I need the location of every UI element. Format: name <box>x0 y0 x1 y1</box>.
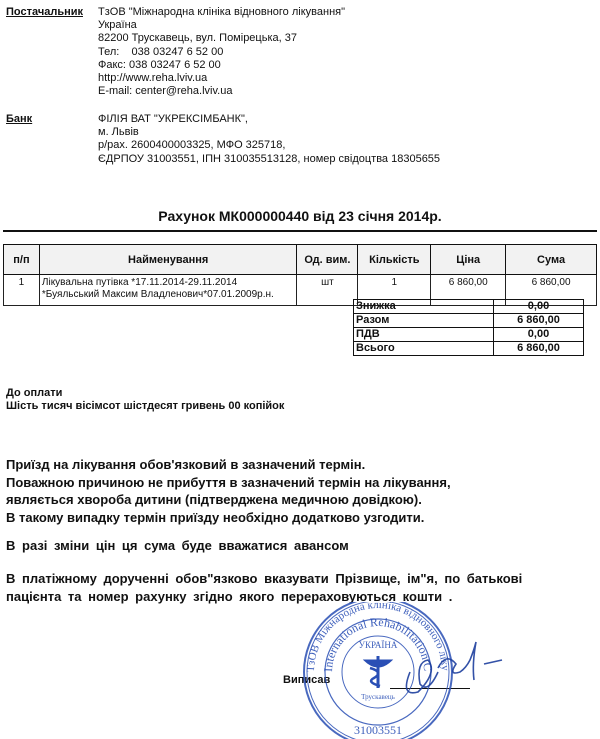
col-header-sum: Сума <box>506 245 597 275</box>
row-name-line2: *Буяльський Максим Владленович*07.01.200… <box>42 289 295 301</box>
total-label: Всього <box>354 342 494 356</box>
table-header-row: п/п Найменування Од. вим. Кількість Ціна… <box>4 245 597 275</box>
notes-block: Приїзд на лікування обов'язковий в зазна… <box>6 456 451 526</box>
total-row-grand: Всього 6 860,00 <box>354 342 584 356</box>
note-line: Приїзд на лікування обов'язковий в зазна… <box>6 456 451 474</box>
supplier-name: ТзОВ "Міжнародна клініка відновного ліку… <box>98 6 345 19</box>
totals-table: Знижка 0,00 Разом 6 860,00 ПДВ 0,00 Всьо… <box>353 299 584 356</box>
payment-block: До оплати Шість тисяч вісімсот шістдесят… <box>6 387 284 413</box>
title-divider <box>3 230 597 232</box>
supplier-info: ТзОВ "Міжнародна клініка відновного ліку… <box>98 6 345 98</box>
bank-codes: ЄДРПОУ 31003551, ІПН 310035513128, номер… <box>98 153 440 166</box>
payment-label: До оплати <box>6 387 284 400</box>
bank-account: р/рах. 2600400003325, МФО 325718, <box>98 139 440 152</box>
total-label: Разом <box>354 314 494 328</box>
total-label: Знижка <box>354 300 494 314</box>
col-header-price: Ціна <box>431 245 506 275</box>
note-line: являється хвороба дитини (підтверджена м… <box>6 491 451 509</box>
total-value: 0,00 <box>494 328 584 342</box>
caduceus-icon <box>364 656 392 688</box>
col-header-qty: Кількість <box>358 245 431 275</box>
stamp-city: Трускавець <box>361 693 395 701</box>
stamp-country: УКРАЇНА <box>359 640 398 650</box>
col-header-num: п/п <box>4 245 40 275</box>
supplier-fax: Факс: 038 03247 6 52 00 <box>98 59 345 72</box>
bank-name: ФІЛІЯ ВАТ "УКРЕКСІМБАНК", <box>98 113 440 126</box>
row-name: Лікувальна путівка *17.11.2014-29.11.201… <box>39 275 297 306</box>
supplier-email: E-mail: center@reha.lviv.ua <box>98 85 345 98</box>
company-stamp: ТзОВ Міжнародна клініка відновного лікув… <box>288 602 538 739</box>
note-payment: В платіжному дорученні обов"язково вказу… <box>6 570 522 606</box>
total-row-discount: Знижка 0,00 <box>354 300 584 314</box>
total-row-subtotal: Разом 6 860,00 <box>354 314 584 328</box>
supplier-country: Україна <box>98 19 345 32</box>
col-header-unit: Од. вим. <box>297 245 358 275</box>
row-unit: шт <box>297 275 358 306</box>
supplier-phone: Тел: 038 03247 6 52 00 <box>98 46 345 59</box>
note-line: В такому випадку термін приїзду необхідн… <box>6 509 451 527</box>
row-name-line1: Лікувальна путівка *17.11.2014-29.11.201… <box>42 277 295 289</box>
note-line: Поважною причиною не прибуття в зазначен… <box>6 474 451 492</box>
supplier-address: 82200 Трускавець, вул. Помірецька, 37 <box>98 32 345 45</box>
total-value: 6 860,00 <box>494 314 584 328</box>
invoice-table: п/п Найменування Од. вим. Кількість Ціна… <box>3 244 597 306</box>
supplier-label: Постачальник <box>6 6 83 18</box>
payment-amount-words: Шість тисяч вісімсот шістдесят гривень 0… <box>6 400 284 413</box>
total-row-vat: ПДВ 0,00 <box>354 328 584 342</box>
note-line: В платіжному дорученні обов"язково вказу… <box>6 570 522 588</box>
total-label: ПДВ <box>354 328 494 342</box>
row-num: 1 <box>4 275 40 306</box>
bank-info: ФІЛІЯ ВАТ "УКРЕКСІМБАНК", м. Львів р/рах… <box>98 113 440 166</box>
invoice-title: Рахунок МК000000440 від 23 січня 2014р. <box>0 208 600 224</box>
supplier-website: http://www.reha.lviv.ua <box>98 72 345 85</box>
bank-city: м. Львів <box>98 126 440 139</box>
total-value: 6 860,00 <box>494 342 584 356</box>
note-advance: В разі зміни цін ця сума буде вважатися … <box>6 538 349 553</box>
total-value: 0,00 <box>494 300 584 314</box>
stamp-code: 31003551 <box>354 723 402 737</box>
bank-label: Банк <box>6 113 32 125</box>
col-header-name: Найменування <box>39 245 297 275</box>
